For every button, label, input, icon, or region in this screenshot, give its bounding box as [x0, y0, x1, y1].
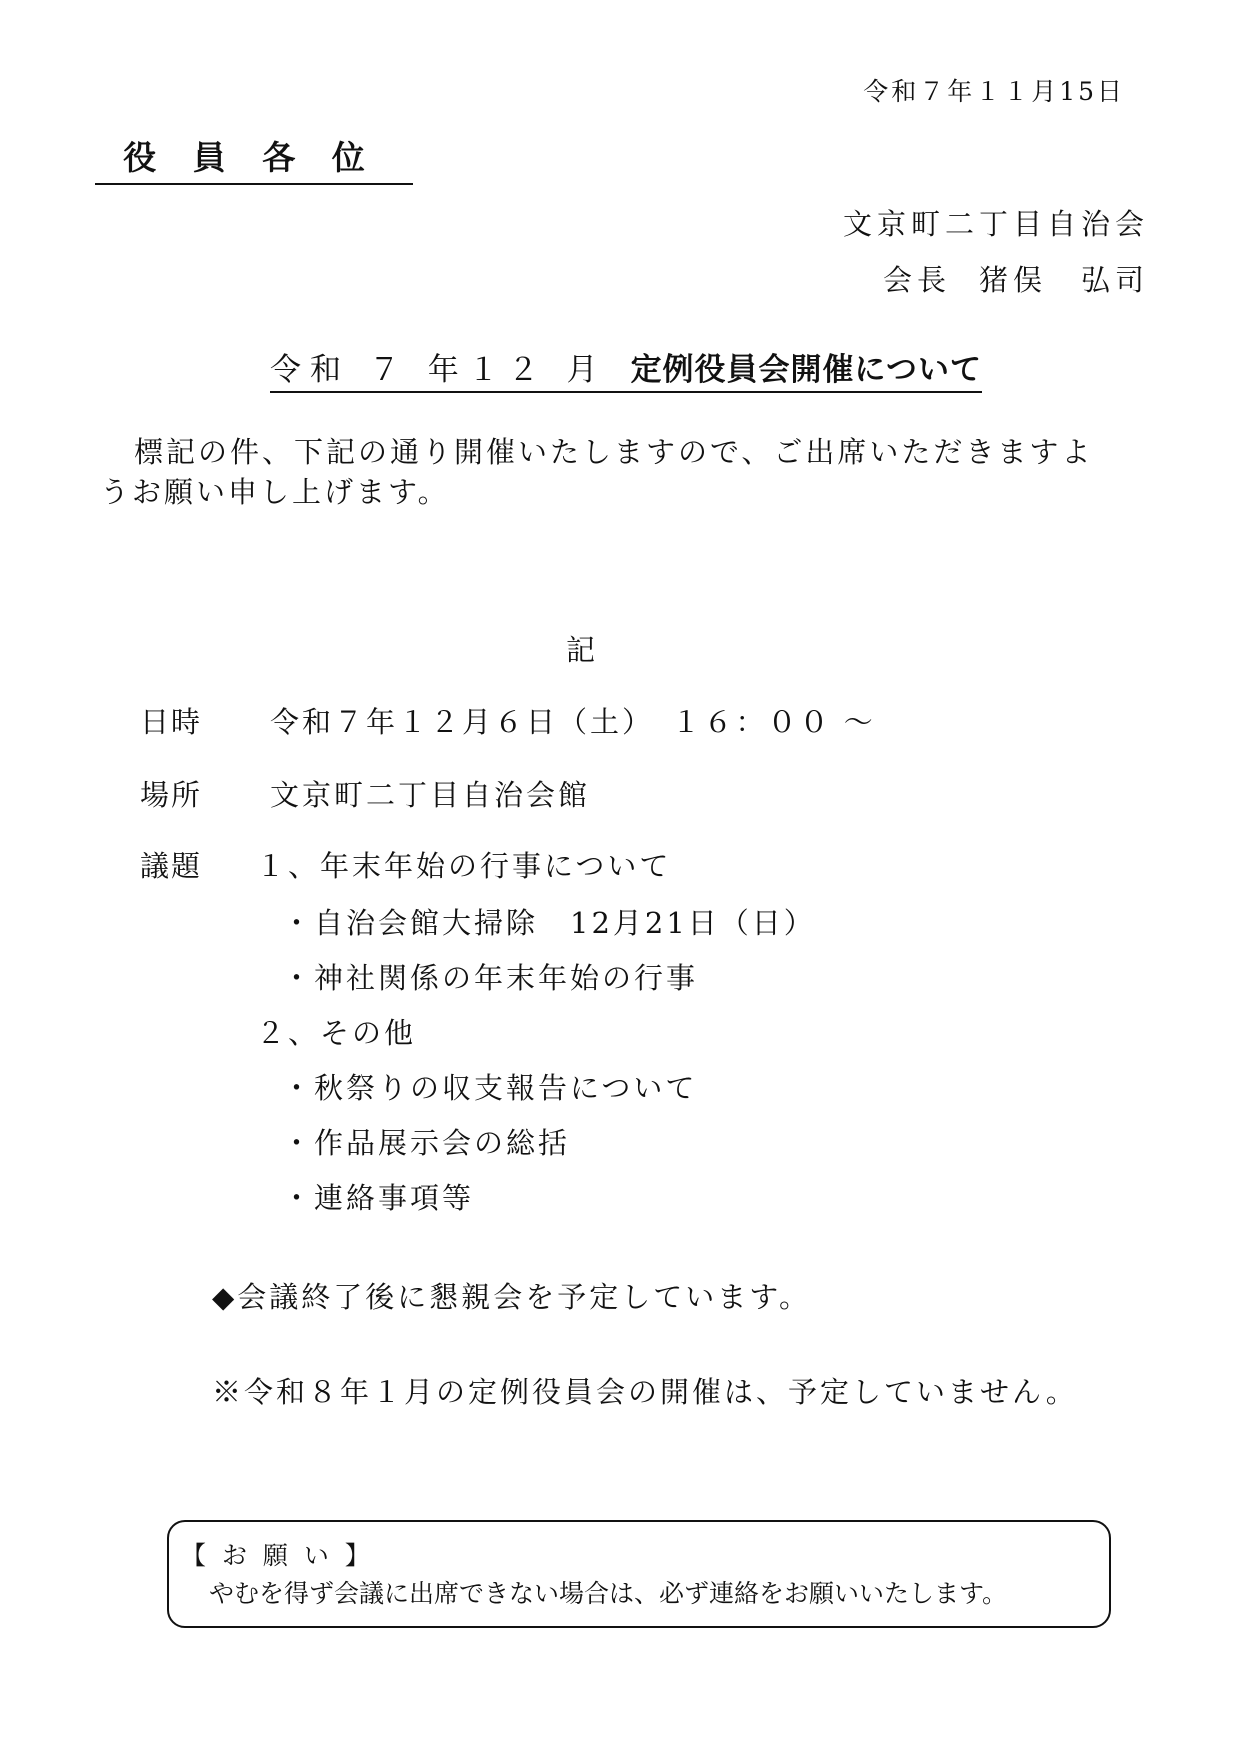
request-box-title: 【 お 願 い 】: [181, 1536, 374, 1572]
sender-name: 猪俣 弘司: [979, 263, 1149, 297]
issue-date: 令和７年１１月15日: [863, 72, 1125, 108]
place-label: 場所: [140, 773, 202, 814]
title-prefix: 令和 ７ 年１２ 月: [270, 352, 607, 388]
datetime-label: 日時: [140, 700, 202, 741]
agenda-item: ・連絡事項等: [282, 1176, 474, 1217]
agenda-item: ・神社関係の年末年始の行事: [282, 956, 698, 997]
sender-role: 会長: [883, 263, 951, 297]
note-social-gathering: ◆会議終了後に懇親会を予定しています。: [212, 1275, 811, 1316]
agenda-label: 議題: [140, 844, 202, 885]
agenda-heading: １、年末年始の行事について: [256, 844, 671, 885]
sender: 会長猪俣 弘司: [883, 258, 1149, 299]
agenda-heading: ２、その他: [256, 1011, 416, 1052]
sender-organization: 文京町二丁目自治会: [843, 202, 1149, 243]
addressee: 役 員 各 位: [95, 132, 413, 185]
addressee-char: 各: [262, 132, 295, 179]
agenda-item: ・作品展示会の総括: [282, 1121, 570, 1162]
body-paragraph: 標記の件、下記の通り開催いたしますので、ご出席いただきますようお願い申し上げます…: [100, 432, 1110, 512]
addressee-char: 員: [193, 132, 226, 179]
note-january-meeting: ※令和８年１月の定例役員会の開催は、予定していません。: [212, 1370, 1078, 1411]
request-box: 【 お 願 い 】 やむを得ず会議に出席できない場合は、必ず連絡をお願いいたしま…: [167, 1520, 1111, 1628]
addressee-char: 役: [123, 132, 156, 179]
ki-heading: 記: [566, 628, 595, 669]
datetime-value: 令和７年１２月６日（土） １６：００ ～: [270, 700, 876, 741]
place-value: 文京町二丁目自治会館: [270, 773, 590, 814]
agenda-item: ・自治会館大掃除 12月21日（日）: [282, 901, 816, 942]
agenda-item: ・秋祭りの収支報告について: [282, 1066, 697, 1107]
title-main: 定例役員会開催について: [631, 352, 982, 388]
addressee-char: 位: [332, 132, 365, 179]
request-box-text: やむを得ず会議に出席できない場合は、必ず連絡をお願いいたします。: [209, 1574, 1007, 1610]
document-title: 令和 ７ 年１２ 月定例役員会開催について: [270, 344, 982, 393]
